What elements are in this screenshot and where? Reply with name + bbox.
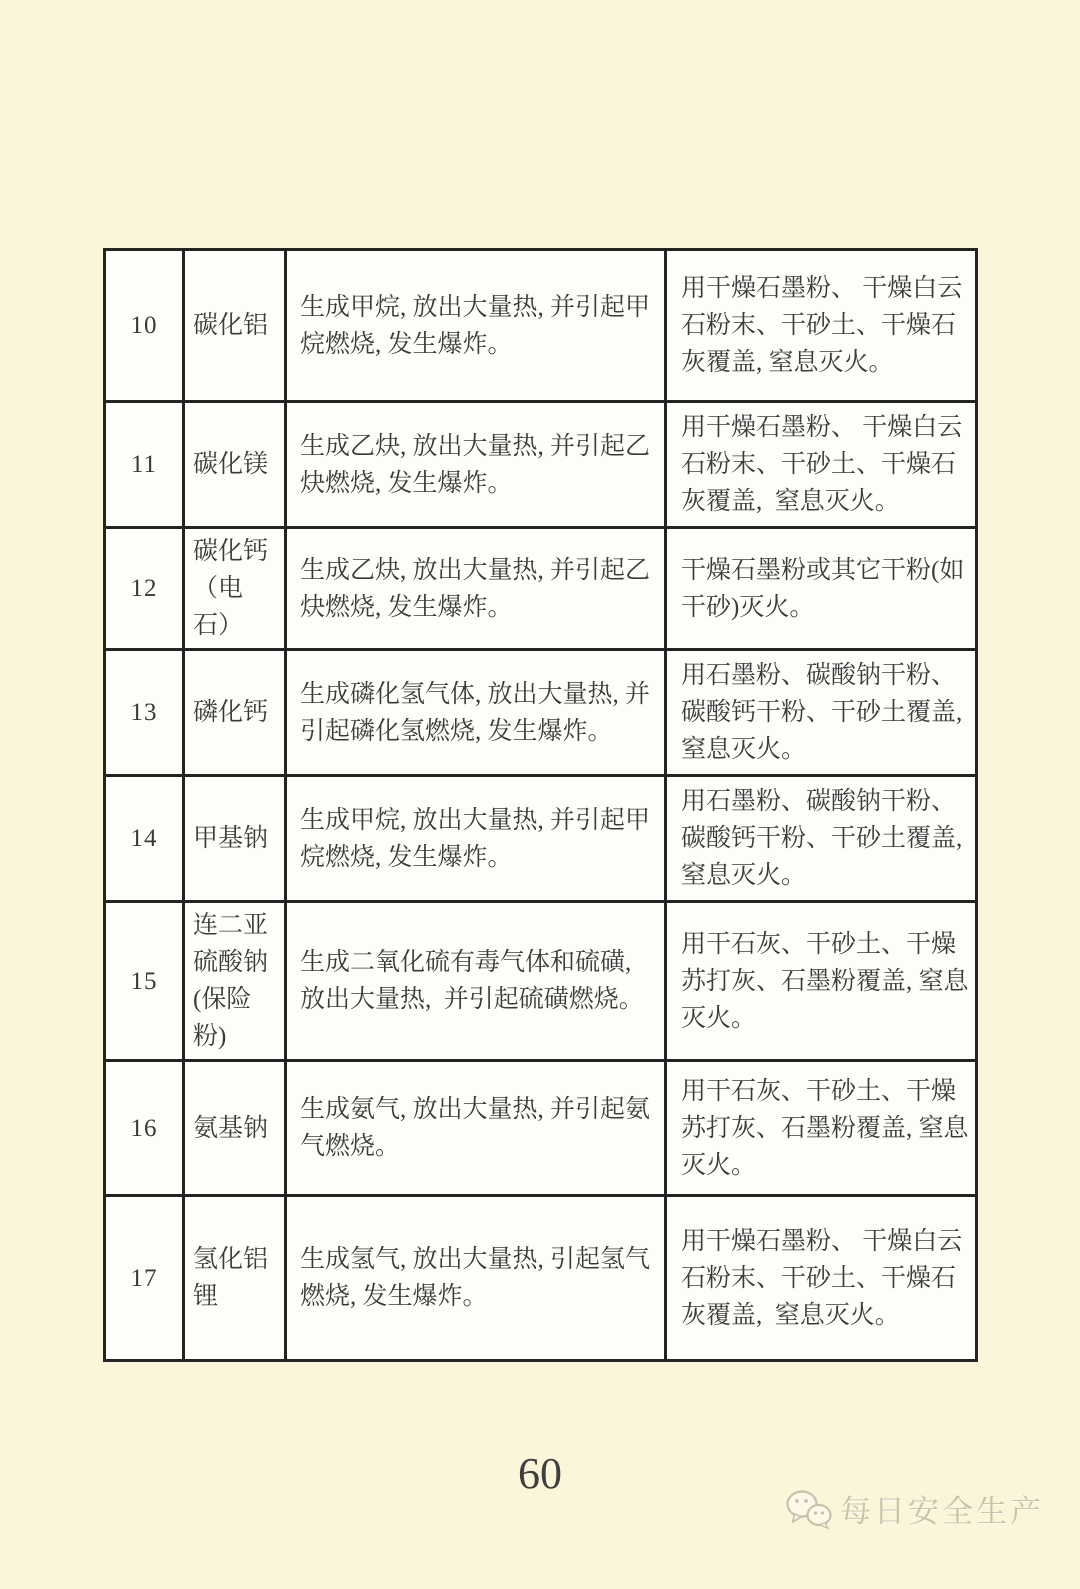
table-row: 10 碳化铝 生成甲烷, 放出大量热, 并引起甲烷燃烧, 发生爆炸。 用干燥石墨… bbox=[105, 250, 977, 402]
row-number: 11 bbox=[105, 402, 184, 528]
substance-name: 连二亚硫酸钠(保险粉) bbox=[184, 902, 286, 1061]
extinguishing-method: 用干石灰、干砂土、干燥苏打灰、石墨粉覆盖, 窒息灭火。 bbox=[666, 1061, 977, 1196]
extinguishing-method: 用干石灰、干砂土、干燥苏打灰、石墨粉覆盖, 窒息灭火。 bbox=[666, 902, 977, 1061]
reaction-description: 生成氨气, 放出大量热, 并引起氨气燃烧。 bbox=[286, 1061, 666, 1196]
table-row: 13 磷化钙 生成磷化氢气体, 放出大量热, 并引起磷化氢燃烧, 发生爆炸。 用… bbox=[105, 650, 977, 776]
row-number: 10 bbox=[105, 250, 184, 402]
extinguishing-method: 用干燥石墨粉、 干燥白云石粉末、干砂土、干燥石灰覆盖, 窒息灭火。 bbox=[666, 1196, 977, 1361]
water-reactive-substances-table: 10 碳化铝 生成甲烷, 放出大量热, 并引起甲烷燃烧, 发生爆炸。 用干燥石墨… bbox=[103, 248, 978, 1362]
extinguishing-method: 用石墨粉、碳酸钠干粉、碳酸钙干粉、干砂土覆盖, 窒息灭火。 bbox=[666, 776, 977, 902]
table-row: 16 氨基钠 生成氨气, 放出大量热, 并引起氨气燃烧。 用干石灰、干砂土、干燥… bbox=[105, 1061, 977, 1196]
table-row: 15 连二亚硫酸钠(保险粉) 生成二氧化硫有毒气体和硫磺, 放出大量热, 并引起… bbox=[105, 902, 977, 1061]
table-row: 12 碳化钙（电石） 生成乙炔, 放出大量热, 并引起乙炔燃烧, 发生爆炸。 干… bbox=[105, 528, 977, 650]
reaction-description: 生成磷化氢气体, 放出大量热, 并引起磷化氢燃烧, 发生爆炸。 bbox=[286, 650, 666, 776]
substance-name: 碳化镁 bbox=[184, 402, 286, 528]
reaction-description: 生成乙炔, 放出大量热, 并引起乙炔燃烧, 发生爆炸。 bbox=[286, 528, 666, 650]
watermark: 每日安全生产 bbox=[786, 1486, 1044, 1531]
extinguishing-method: 干燥石墨粉或其它干粉(如干砂)灭火。 bbox=[666, 528, 977, 650]
table-row: 14 甲基钠 生成甲烷, 放出大量热, 并引起甲烷燃烧, 发生爆炸。 用石墨粉、… bbox=[105, 776, 977, 902]
row-number: 16 bbox=[105, 1061, 184, 1196]
substance-name: 磷化钙 bbox=[184, 650, 286, 776]
substance-name: 氢化铝锂 bbox=[184, 1196, 286, 1361]
substances-table: 10 碳化铝 生成甲烷, 放出大量热, 并引起甲烷燃烧, 发生爆炸。 用干燥石墨… bbox=[103, 248, 975, 1362]
watermark-text: 每日安全生产 bbox=[840, 1486, 1044, 1531]
substance-name: 碳化钙（电石） bbox=[184, 528, 286, 650]
row-number: 15 bbox=[105, 902, 184, 1061]
substance-name: 碳化铝 bbox=[184, 250, 286, 402]
wechat-icon bbox=[786, 1489, 832, 1529]
extinguishing-method: 用石墨粉、碳酸钠干粉、碳酸钙干粉、干砂土覆盖, 窒息灭火。 bbox=[666, 650, 977, 776]
table-row: 11 碳化镁 生成乙炔, 放出大量热, 并引起乙炔燃烧, 发生爆炸。 用干燥石墨… bbox=[105, 402, 977, 528]
row-number: 14 bbox=[105, 776, 184, 902]
reaction-description: 生成氢气, 放出大量热, 引起氢气燃烧, 发生爆炸。 bbox=[286, 1196, 666, 1361]
row-number: 12 bbox=[105, 528, 184, 650]
reaction-description: 生成二氧化硫有毒气体和硫磺, 放出大量热, 并引起硫磺燃烧。 bbox=[286, 902, 666, 1061]
extinguishing-method: 用干燥石墨粉、 干燥白云石粉末、干砂土、干燥石灰覆盖, 窒息灭火。 bbox=[666, 402, 977, 528]
extinguishing-method: 用干燥石墨粉、 干燥白云石粉末、干砂土、干燥石灰覆盖, 窒息灭火。 bbox=[666, 250, 977, 402]
reaction-description: 生成甲烷, 放出大量热, 并引起甲烷燃烧, 发生爆炸。 bbox=[286, 250, 666, 402]
table-row: 17 氢化铝锂 生成氢气, 放出大量热, 引起氢气燃烧, 发生爆炸。 用干燥石墨… bbox=[105, 1196, 977, 1361]
substance-name: 氨基钠 bbox=[184, 1061, 286, 1196]
row-number: 17 bbox=[105, 1196, 184, 1361]
substance-name: 甲基钠 bbox=[184, 776, 286, 902]
reaction-description: 生成甲烷, 放出大量热, 并引起甲烷燃烧, 发生爆炸。 bbox=[286, 776, 666, 902]
reaction-description: 生成乙炔, 放出大量热, 并引起乙炔燃烧, 发生爆炸。 bbox=[286, 402, 666, 528]
row-number: 13 bbox=[105, 650, 184, 776]
